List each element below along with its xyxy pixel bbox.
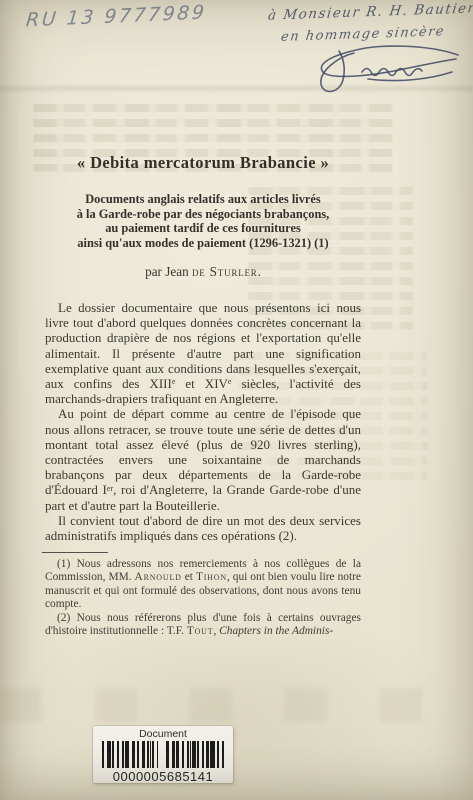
body-paragraph: Au point de départ comme au centre de l'… (45, 406, 361, 512)
footnote-separator (42, 552, 108, 553)
handwritten-accession-number: RU 13 9777989 (25, 1, 227, 32)
barcode-label-title: Document (93, 726, 233, 740)
body-paragraph: Le dossier documentaire que nous présent… (45, 300, 361, 406)
footnotes: (1) Nous adressons nos remerciements à n… (45, 558, 361, 638)
article-subtitle-line: à la Garde-robe par des négociants braba… (45, 207, 361, 222)
article-subtitle: Documents anglais relatifs aux articles … (45, 192, 361, 250)
signature-flourish (308, 42, 466, 96)
article-body: Le dossier documentaire que nous présent… (45, 300, 361, 543)
article-title: « Debita mercatorum Brabancie » (45, 153, 361, 173)
paper-mottling (0, 688, 473, 722)
footnote: (1) Nous adressons nos remerciements à n… (45, 558, 361, 612)
byline: par Jean de Sturler. (45, 264, 361, 280)
barcode-number: 0000005685141 (93, 769, 233, 784)
scanned-page: RU 13 9777989 à Monsieur R. H. Bautier e… (0, 0, 473, 800)
article-subtitle-line: au paiement tardif de ces fournitures (45, 221, 361, 236)
footnote: (2) Nous nous référerons plus d'une fois… (45, 612, 361, 639)
article-subtitle-line: Documents anglais relatifs aux articles … (45, 192, 361, 207)
body-paragraph: Il convient tout d'abord de dire un mot … (45, 513, 361, 543)
barcode (102, 741, 224, 768)
article-subtitle-line: ainsi qu'aux modes de paiement (1296-132… (45, 236, 361, 251)
barcode-label: Document 0000005685141 (93, 726, 233, 783)
handwritten-dedication-line-1: à Monsieur R. H. Bautier (267, 0, 473, 23)
